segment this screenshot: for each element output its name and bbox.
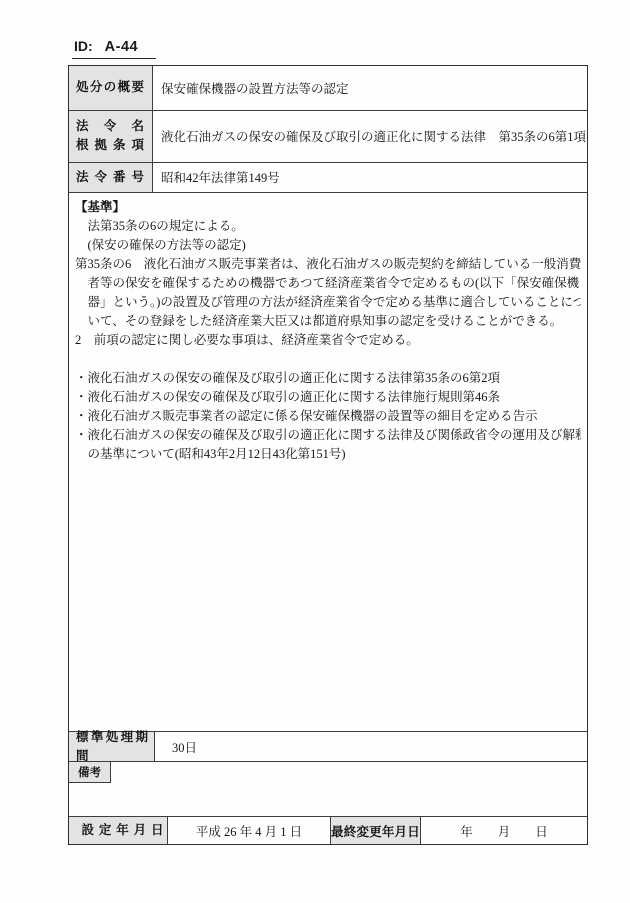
set-date-label: 設定年月日 (82, 821, 164, 840)
law-name-label-line1: 法令名 (76, 117, 144, 136)
criteria-line: 法第35条の6の規定による。 (75, 217, 581, 236)
set-date-label-cell: 設定年月日 (69, 817, 168, 844)
processing-period-label: 標準処理期間 (76, 728, 148, 766)
set-date-value: 平成 26 年 4 月 1 日 (168, 817, 331, 844)
criteria-blank-line (75, 350, 581, 369)
criteria-line: いて、その登録をした経済産業大臣又は都道府県知事の認定を受けることができる。 (75, 312, 581, 331)
processing-period-value: 30日 (155, 732, 587, 761)
law-number-label: 法令番号 (76, 168, 144, 187)
remarks-value (69, 762, 587, 816)
row-law-name-basis: 法令名 根拠条項 液化石油ガスの保安の確保及び取引の適正化に関する法律 第35条… (69, 111, 587, 163)
disposition-summary-label-cell: 処分の概要 (69, 66, 153, 110)
document-id-line: ID:A-44 (72, 38, 156, 59)
criteria-heading: 【基準】 (75, 198, 581, 217)
document-page: ID:A-44 処分の概要 保安確保機器の設置方法等の認定 法令名 根拠条項 液… (0, 0, 630, 903)
criteria-line: 第35条の6 液化石油ガス販売事業者は、液化石油ガスの販売契約を締結している一般… (75, 255, 581, 274)
law-name-label-cell: 法令名 根拠条項 (69, 111, 153, 162)
remarks-label: 備考 (69, 762, 111, 783)
processing-period-label-cell: 標準処理期間 (69, 732, 155, 761)
criteria-line: 器」という。)の設置及び管理の方法が経済産業省令で定める基準に適合していることに… (75, 293, 581, 312)
row-law-number: 法令番号 昭和42年法律第149号 (69, 163, 587, 193)
criteria-bullet-continuation: の基準について(昭和43年2月12日43化第151号) (75, 445, 581, 464)
row-disposition-summary: 処分の概要 保安確保機器の設置方法等の認定 (69, 66, 587, 111)
law-name-label-line2: 根拠条項 (76, 136, 144, 155)
last-modified-value: 年 月 日 (421, 817, 587, 844)
row-dates: 設定年月日 平成 26 年 4 月 1 日 最終変更年月日 年 月 日 (69, 817, 587, 844)
row-remarks: 備考 (69, 762, 587, 817)
disposition-summary-value: 保安確保機器の設置方法等の認定 (153, 66, 587, 110)
criteria-line: 2 前項の認定に関し必要な事項は、経済産業省令で定める。 (75, 331, 581, 350)
law-number-value: 昭和42年法律第149号 (153, 163, 587, 192)
law-number-label-cell: 法令番号 (69, 163, 153, 192)
row-processing-period: 標準処理期間 30日 (69, 732, 587, 762)
row-criteria: 【基準】 法第35条の6の規定による。 (保安の確保の方法等の認定) 第35条の… (69, 193, 587, 733)
document-id: ID:A-44 (72, 38, 156, 59)
id-value: A-44 (105, 39, 138, 55)
disposition-summary-label: 処分の概要 (76, 78, 144, 97)
criteria-bullet-line: ・液化石油ガスの保安の確保及び取引の適正化に関する法律施行規則第46条 (75, 388, 581, 407)
document-table: 処分の概要 保安確保機器の設置方法等の認定 法令名 根拠条項 液化石油ガスの保安… (68, 65, 588, 845)
criteria-bullet-line: ・液化石油ガスの保安の確保及び取引の適正化に関する法律第35条の6第2項 (75, 369, 581, 388)
last-modified-label: 最終変更年月日 (331, 817, 421, 844)
criteria-bullet-line: ・液化石油ガス販売事業者の認定に係る保安確保機器の設置等の細目を定める告示 (75, 407, 581, 426)
id-label: ID: (74, 38, 93, 54)
criteria-line: (保安の確保の方法等の認定) (75, 236, 581, 255)
criteria-line: 者等の保安を確保するための機器であつて経済産業省令で定めるもの(以下「保安確保機 (75, 274, 581, 293)
criteria-text-block: 【基準】 法第35条の6の規定による。 (保安の確保の方法等の認定) 第35条の… (69, 193, 587, 732)
criteria-bullet-line: ・液化石油ガスの保安の確保及び取引の適正化に関する法律及び関係政省令の運用及び解… (75, 426, 581, 445)
law-name-value: 液化石油ガスの保安の確保及び取引の適正化に関する法律 第35条の6第1項 (153, 111, 587, 162)
